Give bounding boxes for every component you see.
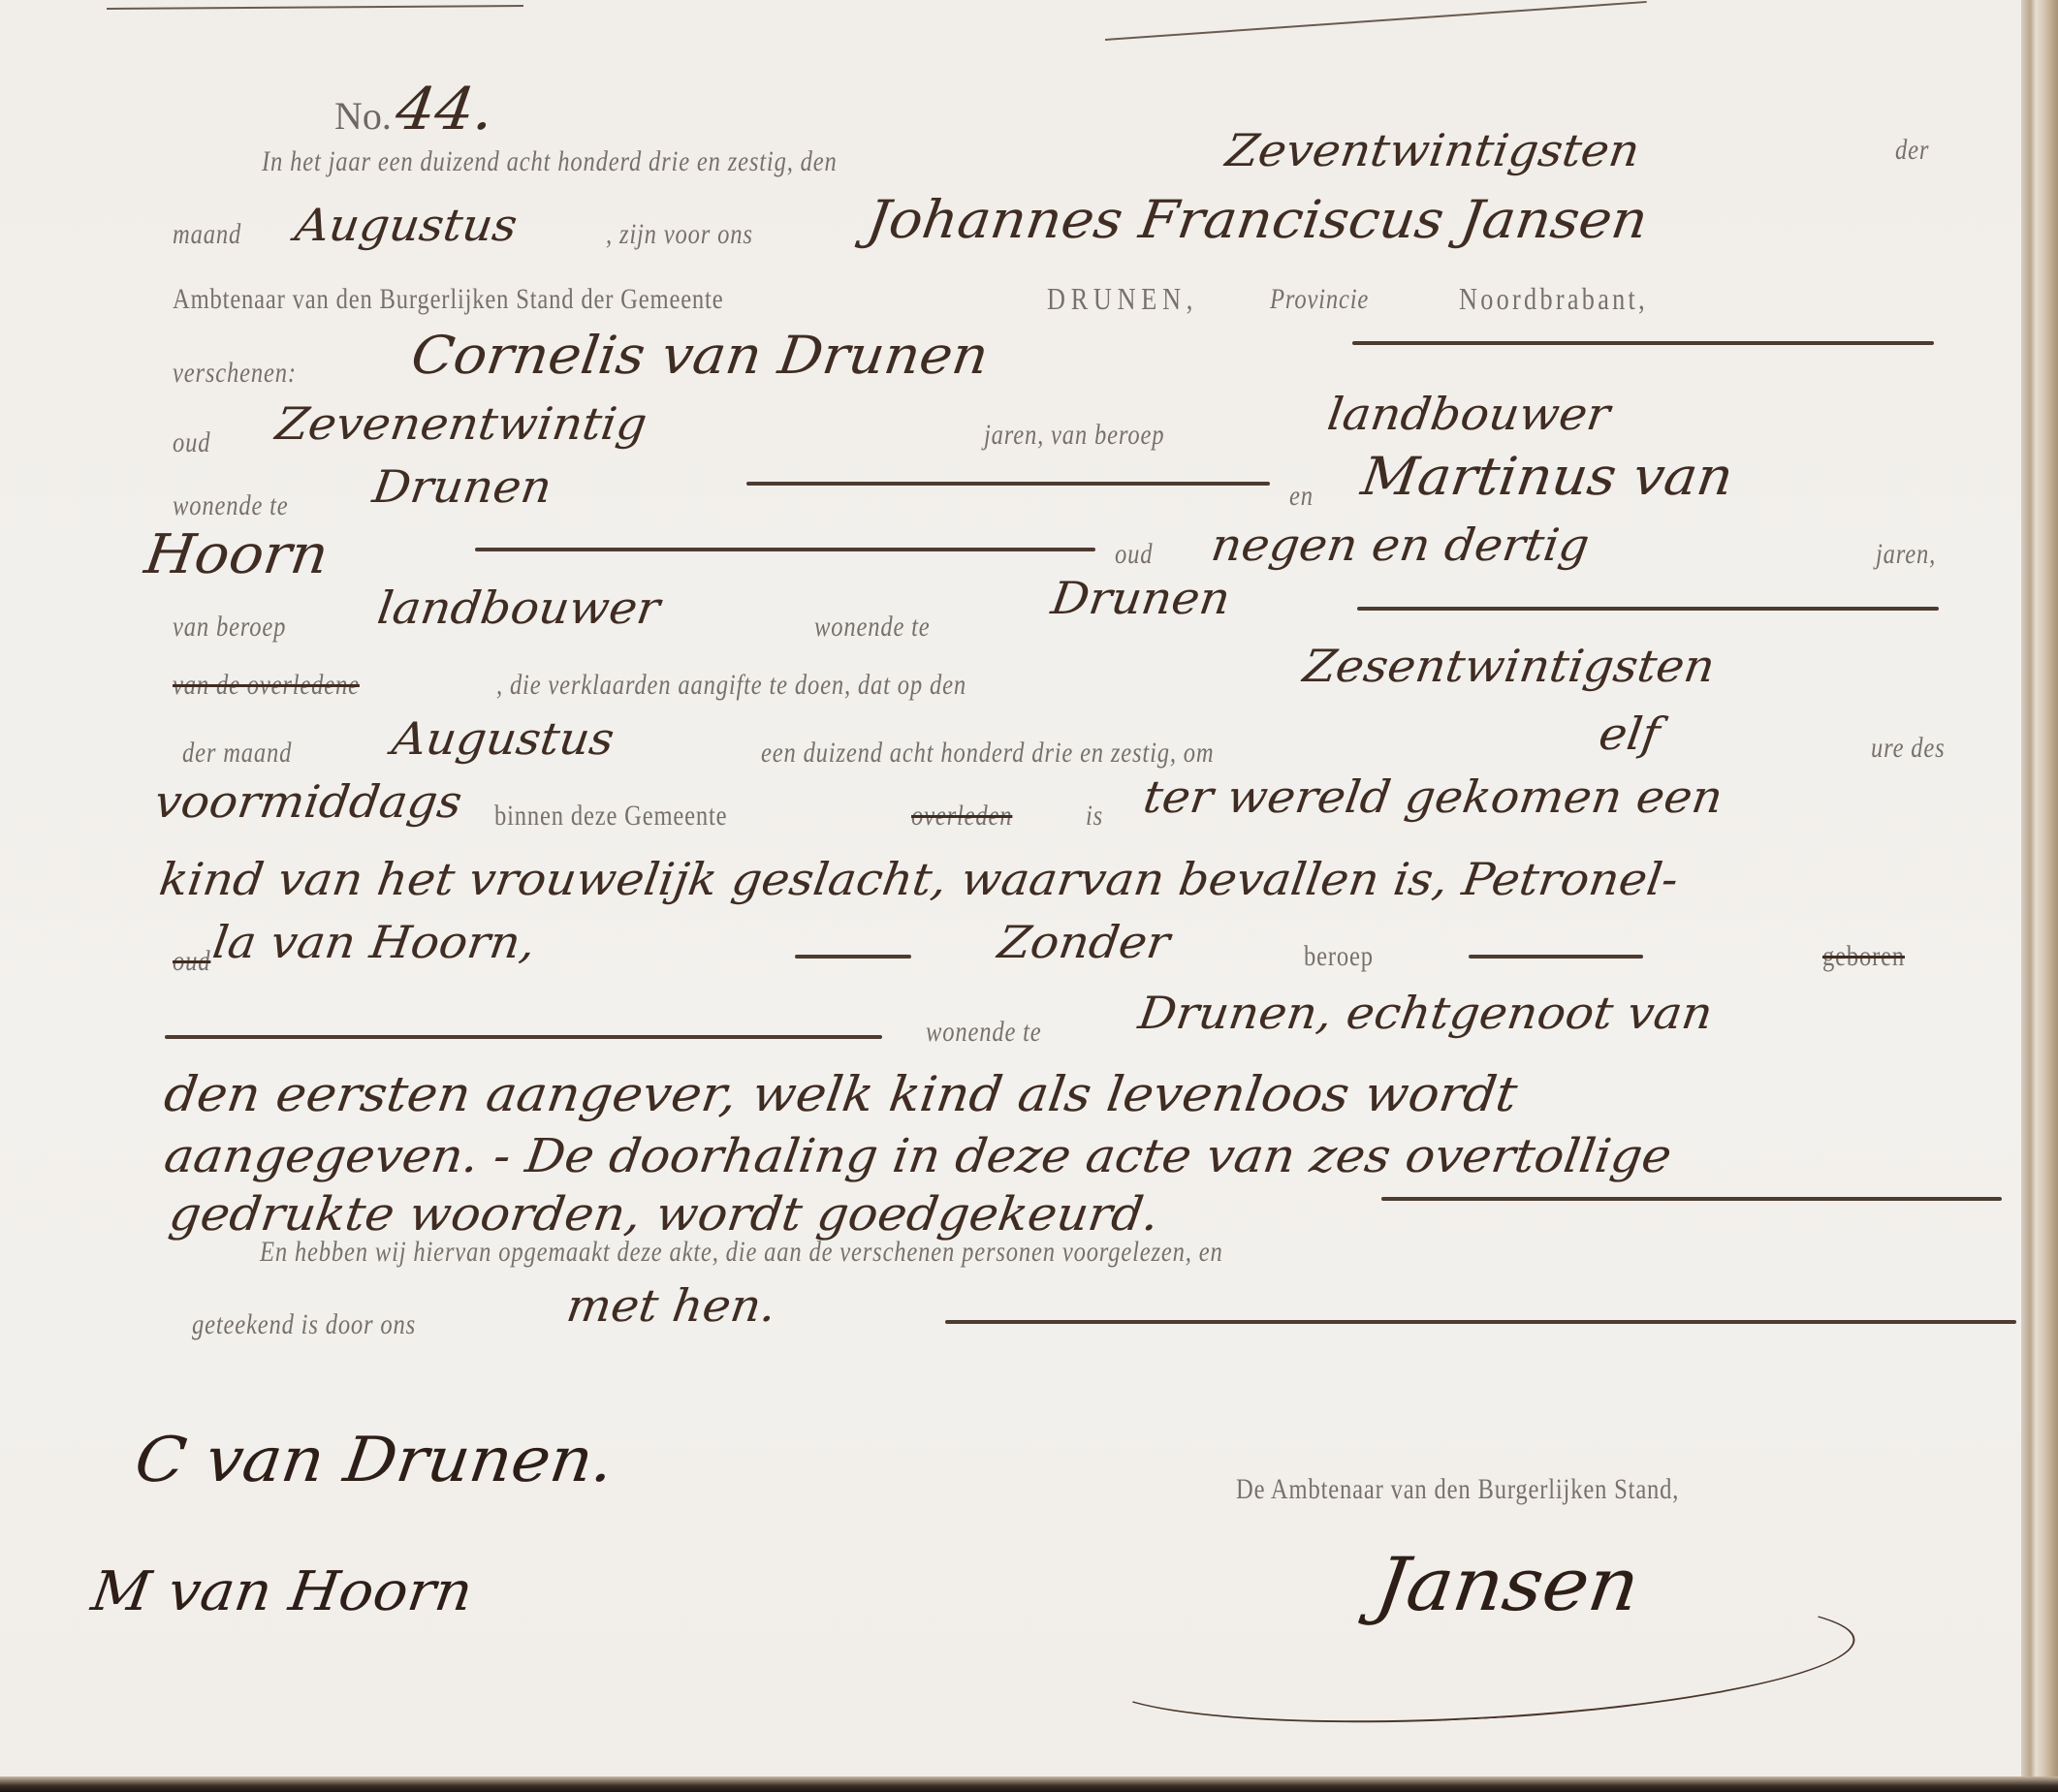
hand-occupation-1: landbouwer <box>1328 388 1597 440</box>
record-number-value: 44. <box>392 76 498 143</box>
hand-born-phrase: ter wereld gekomen een <box>1144 770 1694 823</box>
printed-oud: oud <box>1115 538 1161 571</box>
printed-text: maand <box>173 218 241 251</box>
printed-en: en <box>1289 480 1318 513</box>
handwritten-age-1: Zevenentwintig <box>272 397 649 450</box>
municipality: DRUNEN, <box>1047 281 1231 317</box>
printed-text: binnen deze Gemeente <box>494 800 727 833</box>
struck-text: oud <box>173 945 210 978</box>
line-9: van de overledene <box>173 669 400 702</box>
printed-text: geteekend is door ons <box>192 1308 416 1341</box>
signature-text: C van Drunen. <box>131 1425 618 1496</box>
hand-mother-residence: Drunen, echtgenoot van <box>1139 987 1685 1039</box>
printed-text: oud <box>1115 538 1153 571</box>
printed-is: is <box>1086 800 1107 833</box>
hand-mother-occupation: Zonder <box>998 916 1161 968</box>
printed-text: beroep <box>1304 940 1374 973</box>
printed-text: In het jaar een duizend acht honderd dri… <box>262 145 838 178</box>
printed-text: een duizend acht honderd drie en zestig,… <box>761 737 1215 770</box>
printed-text: oud <box>173 426 210 459</box>
printed-beroep: beroep <box>1304 940 1389 973</box>
printed-verklaarden: , die verklaarden aangifte te doen, dat … <box>496 669 1069 702</box>
record-number: No. 44. <box>334 76 489 143</box>
printed-text: en <box>1289 480 1314 513</box>
line-17: gedrukte woorden, wordt goedgekeurd. <box>170 1187 1112 1242</box>
printed-text: Provincie <box>1270 283 1369 316</box>
hand-birth-day: Zesentwintigsten <box>1304 640 1694 692</box>
handwritten-age-2: negen en dertig <box>1208 519 1593 571</box>
handwritten-text: den eersten aangever, welk kind als leve… <box>161 1066 1521 1122</box>
fill-line <box>475 548 1095 551</box>
handwritten-text: ter wereld gekomen een <box>1140 770 1726 823</box>
hand-declarant-1: Cornelis van Drunen <box>412 325 961 386</box>
handwritten-occupation-1: landbouwer <box>1324 388 1613 440</box>
line-4: verschenen: <box>173 357 324 390</box>
printed-text: der maand <box>182 737 292 770</box>
line-12: kind van het vrouwelijk geslacht, waarva… <box>160 853 1605 905</box>
handwritten-official-name: Johannes Franciscus Jansen <box>864 189 1652 250</box>
hand-day: Zeventwintigsten <box>1226 124 1620 176</box>
page-edge <box>2021 0 2058 1792</box>
top-right-stroke <box>1105 1 1647 41</box>
struck-overleden: overleden <box>911 800 1034 833</box>
hand-official-name: Johannes Franciscus Jansen <box>868 189 1610 250</box>
printed-text: verschenen: <box>173 357 297 390</box>
hand-occupation-2: landbouwer <box>378 582 647 634</box>
line-6: wonende te <box>173 489 314 522</box>
hand-declarant-2: Martinus van <box>1362 446 1715 507</box>
handwritten-text: aangegeven. - De doorhaling in deze acte… <box>161 1129 1675 1183</box>
fill-line <box>1381 1197 2002 1201</box>
handwritten-text: met hen. <box>563 1279 779 1332</box>
printed-text: , zijn voor ons <box>606 218 753 251</box>
printed-text: wonende te <box>926 1016 1042 1049</box>
printed-text: van beroep <box>173 611 286 644</box>
handwritten-declarant-1: Cornelis van Drunen <box>408 325 993 386</box>
printed-text: Ambtenaar van den Burgerlijken Stand der… <box>173 283 723 316</box>
province-name: Noordbrabant, <box>1459 281 1648 317</box>
signature-declarant-2: M van Hoorn <box>92 1560 454 1623</box>
handwritten-day: Zeventwintigsten <box>1222 124 1643 176</box>
printed-wonende: wonende te <box>814 611 956 644</box>
fill-line <box>746 482 1270 486</box>
signature-declarant-1: C van Drunen. <box>136 1425 590 1496</box>
printed-text: is <box>1086 800 1103 833</box>
printed-text: ure des <box>1871 732 1946 765</box>
hand-residence-2: Drunen <box>1052 572 1221 624</box>
hand-month: Augustus <box>296 199 506 251</box>
line-19: geteekend is door ons <box>192 1308 465 1341</box>
line-2: maand <box>173 218 257 251</box>
line-1: In het jaar een duizend acht honderd dri… <box>262 145 964 178</box>
hand-birth-month: Augustus <box>393 712 603 765</box>
signature-text: M van Hoorn <box>87 1560 476 1623</box>
fill-line <box>165 1035 882 1039</box>
line-11: voormiddags <box>155 775 447 828</box>
register-page: No. 44. In het jaar een duizend acht hon… <box>0 0 2021 1778</box>
struck-geboren: geboren <box>1822 940 1923 973</box>
printed-text: wonende te <box>814 611 931 644</box>
fill-line <box>1352 341 1934 345</box>
line-7: Hoorn <box>145 523 319 586</box>
hand-age-1: Zevenentwintig <box>276 397 629 450</box>
handwritten-birth-month: Augustus <box>389 712 617 765</box>
handwritten-text: kind van het vrouwelijk geslacht, waarva… <box>156 853 1681 905</box>
handwritten-hour: elf <box>1596 707 1663 760</box>
handwritten-residence-2: Drunen <box>1048 572 1233 624</box>
printed-text: wonende te <box>173 489 289 522</box>
printed-text: , die verklaarden aangifte te doen, dat … <box>496 669 966 702</box>
printed-text: En hebben wij hiervan opgemaakt deze akt… <box>260 1236 1223 1269</box>
fill-line <box>945 1320 2016 1324</box>
struck-text: overleden <box>911 800 1012 833</box>
printed-year: een duizend acht honderd drie en zestig,… <box>761 737 1314 770</box>
line-18: En hebben wij hiervan opgemaakt deze akt… <box>260 1236 1435 1269</box>
fill-line <box>795 955 911 959</box>
fill-line <box>1469 955 1643 959</box>
page-bottom-edge <box>0 1776 2058 1792</box>
handwritten-declarant-2: Martinus van <box>1358 446 1737 507</box>
handwritten-surname-2: Hoorn <box>141 523 332 586</box>
top-stroke <box>107 5 523 10</box>
struck-text: geboren <box>1822 940 1905 973</box>
struck-text: van de overledene <box>173 669 360 702</box>
hand-age-2: negen en dertig <box>1212 519 1571 571</box>
line-3: Ambtenaar van den Burgerlijken Stand der… <box>173 283 844 316</box>
hand-residence-1: Drunen <box>373 460 543 513</box>
province: Noordbrabant, <box>1459 281 1690 317</box>
signature-flourish <box>1092 1580 1857 1740</box>
handwritten-time-of-day: voormiddags <box>151 775 465 828</box>
hand-hour: elf <box>1599 707 1657 760</box>
printed-ure-des: ure des <box>1871 732 1961 765</box>
municipality-name: DRUNEN, <box>1047 281 1198 317</box>
printed-jaren: jaren, van beroep <box>984 419 1204 452</box>
handwritten-month: Augustus <box>292 199 521 251</box>
line-5: oud <box>173 426 219 459</box>
line-14: wonende te <box>926 1016 1067 1049</box>
province-label: Provincie <box>1270 283 1391 316</box>
handwritten-birth-day: Zesentwintigsten <box>1300 640 1718 692</box>
line-8: van beroep <box>173 611 311 644</box>
hand-mother-name: la van Hoorn, <box>213 916 520 968</box>
printed-zijn: , zijn voor ons <box>606 218 785 251</box>
line-10: der maand <box>182 737 316 770</box>
line-15: den eersten aangever, welk kind als leve… <box>165 1066 1452 1122</box>
record-number-label: No. <box>334 94 392 138</box>
handwritten-residence-1: Drunen <box>369 460 554 513</box>
printed-text: der <box>1895 134 1929 167</box>
caption-text: De Ambtenaar van den Burgerlijken Stand, <box>1236 1473 1679 1506</box>
hand-signed-with: met hen. <box>567 1279 766 1332</box>
printed-jaren-2: jaren, <box>1876 538 1949 571</box>
printed-text: jaren, van beroep <box>984 419 1164 452</box>
handwritten-text: gedrukte woorden, wordt goedgekeurd. <box>166 1187 1162 1242</box>
line-16: aangegeven. - De doorhaling in deze acte… <box>165 1129 1599 1183</box>
printed-text: jaren, <box>1876 538 1936 571</box>
official-caption: De Ambtenaar van den Burgerlijken Stand, <box>1236 1473 1777 1506</box>
handwritten-text: Drunen, echtgenoot van <box>1135 987 1716 1039</box>
handwritten-occupation-2: landbouwer <box>374 582 663 634</box>
printed-binnen: binnen deze Gemeente <box>494 800 778 833</box>
handwritten-mother-occupation: Zonder <box>995 916 1173 968</box>
fill-line <box>1357 607 1939 611</box>
der-label: der <box>1895 134 1937 167</box>
handwritten-mother-name: la van Hoorn, <box>209 916 539 968</box>
